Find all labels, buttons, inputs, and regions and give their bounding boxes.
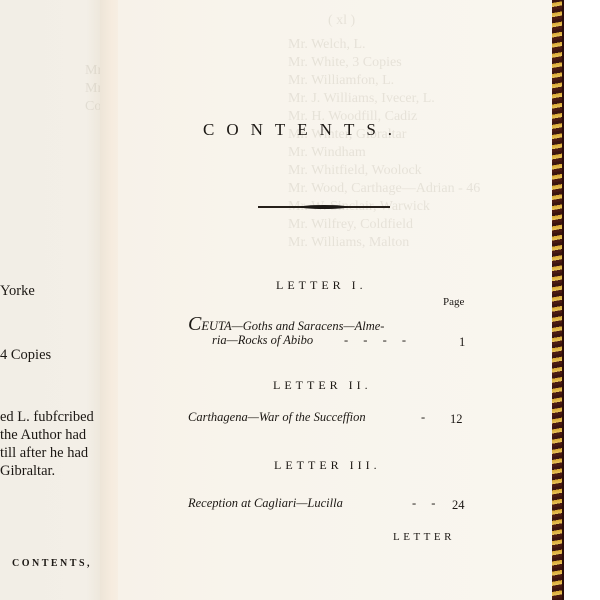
left-page-line: Yorke: [0, 283, 35, 300]
letter-heading: LETTER I.: [276, 278, 367, 293]
left-page-line: ed L. fubfcribed: [0, 409, 94, 426]
left-page-line: 4 Copies: [0, 347, 51, 364]
page-number: 24: [452, 498, 465, 513]
leader-dashes: - - - -: [344, 333, 412, 348]
leader-dashes: - -: [412, 496, 441, 511]
leader-dashes: -: [421, 410, 431, 425]
page-number: 1: [459, 335, 465, 350]
show-through-text: Mr. Williamfon, L.: [288, 72, 394, 90]
show-through-text: Mr. Williams, Malton: [288, 234, 409, 252]
drop-capital: C: [188, 313, 201, 335]
show-through-text: Mr. Whitfield, Woolock: [288, 162, 422, 180]
show-through-text: Mr. White, 3 Copies: [288, 54, 402, 72]
show-through-text: Mr. Wilfrey, Coldfield: [288, 216, 413, 234]
page-column-label: Page: [443, 296, 464, 308]
show-through-text: Mr. Windham: [288, 144, 366, 162]
left-page-line: till after he had: [0, 445, 88, 462]
background: [564, 0, 600, 600]
show-through-text: Mr. Welch, L.: [288, 36, 366, 54]
letter-heading: LETTER III.: [274, 458, 381, 473]
letter-heading: LETTER II.: [273, 378, 372, 393]
toc-entry-text: EUTA—Goths and Saracens—Alme-: [201, 319, 384, 333]
show-through-text: Mr. Wood, Carthage—Adrian - 46: [288, 180, 480, 198]
left-page: Mr. Wadun, c Mr. Wallace, e Colonel Walk…: [0, 0, 108, 600]
catchword: LETTER: [393, 531, 455, 543]
left-page-line: the Author had: [0, 427, 86, 444]
show-through-text: ( xl ): [328, 12, 355, 30]
toc-entry: Carthagena—War of the Succeffion: [188, 410, 366, 425]
page-title: CONTENTS.: [203, 120, 404, 140]
decorative-rule: [258, 206, 390, 208]
left-page-footer: CONTENTS,: [12, 558, 92, 569]
page-number: 12: [450, 412, 463, 427]
show-through-text: Mr. J. Williams, Ivecer, L.: [288, 90, 435, 108]
left-page-line: Gibraltar.: [0, 463, 55, 480]
toc-entry-continuation: ria—Rocks of Abibo: [212, 333, 313, 348]
gilt-binding-edge: [552, 0, 564, 600]
toc-entry: Reception at Cagliari—Lucilla: [188, 496, 343, 511]
